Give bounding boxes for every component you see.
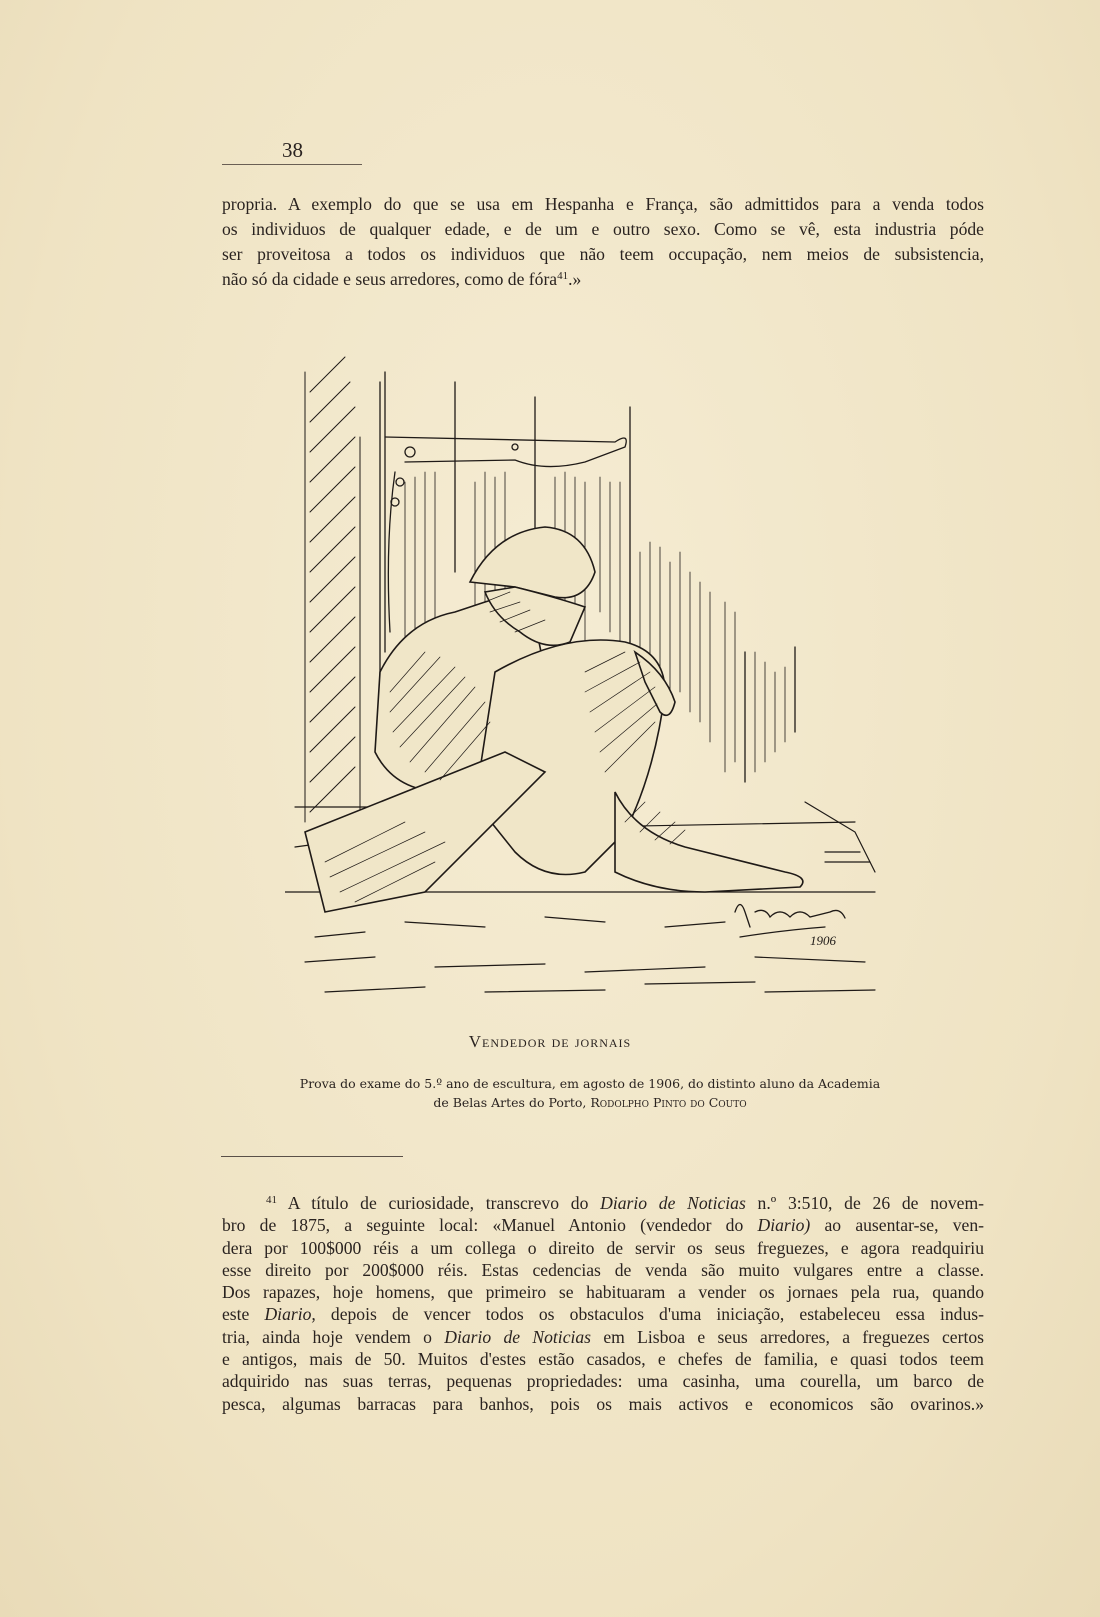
footnote-line: 41 A título de curiosidade, transcrevo d… [222,1192,984,1214]
footnote-text: ao ausentar-se, ven- [810,1215,984,1235]
caption-line-2-prefix: de Belas Artes do Porto, [433,1095,590,1110]
body-paragraph: propria. A exemplo do que se usa em Hesp… [222,192,984,292]
footnote-line: dera por 100$000 réis a um collega o dir… [222,1237,984,1259]
footnote-text: e antigos, mais de 50. Muitos d'estes es… [222,1349,984,1369]
footnote-text: A título de curiosidade, transcrevo do [277,1193,600,1213]
footnote-text: tria, ainda hoje vendem o [222,1327,444,1347]
artist-name: Rodolpho Pinto do Couto [590,1095,746,1110]
illustration-newspaper-boy: 1906 [285,352,885,1002]
footnote-line: esse direito por 200$000 réis. Estas ced… [222,1259,984,1281]
caption-description: Prova do exame do 5.º ano de escultura, … [290,1074,890,1112]
footnote-line: Dos rapazes, hoje homens, que primeiro s… [222,1281,984,1303]
body-line: ser proveitosa a todos os individuos que… [222,242,984,267]
svg-text:1906: 1906 [810,933,837,948]
footnote-line: tria, ainda hoje vendem o Diario de Noti… [222,1326,984,1348]
italic-title: Diario) [758,1215,811,1235]
footnote-41: 41 A título de curiosidade, transcrevo d… [222,1192,984,1415]
newspaper-boy-drawing-icon: 1906 [285,352,885,1002]
page-number: 38 [282,138,303,163]
italic-title: Diario de Noticias [600,1193,746,1213]
footnote-number: 41 [266,1194,277,1206]
footnote-text: dera por 100$000 réis a um collega o dir… [222,1238,984,1258]
caption-line-1: Prova do exame do 5.º ano de escultura, … [290,1074,890,1093]
footnote-reference[interactable]: 41 [557,270,568,282]
body-line-text: não só da cidade e seus arredores, como … [222,269,557,289]
footnote-line: pesca, algumas barracas para banhos, poi… [222,1393,984,1415]
footnote-text: este [222,1304,264,1324]
footnote-line: adquirido nas suas terras, pequenas prop… [222,1370,984,1392]
footnote-text: depois de vencer todos os obstaculos d'u… [316,1304,984,1324]
footnote-text: bro de 1875, a seguinte local: «Manuel A… [222,1215,758,1235]
italic-title: Diario de Noticias [444,1327,591,1347]
footnote-text: adquirido nas suas terras, pequenas prop… [222,1371,984,1391]
body-line-last: não só da cidade e seus arredores, como … [222,267,984,292]
footnote-rule [221,1156,403,1157]
body-line: propria. A exemplo do que se usa em Hesp… [222,192,984,217]
footnote-line: e antigos, mais de 50. Muitos d'estes es… [222,1348,984,1370]
body-line: os individuos de qualquer edade, e de um… [222,217,984,242]
footnote-text: esse direito por 200$000 réis. Estas ced… [222,1260,984,1280]
header-rule [222,164,362,165]
closing-quote: .» [568,269,581,289]
footnote-text: n.º 3:510, de 26 de novem- [746,1193,984,1213]
caption-line-2: de Belas Artes do Porto, Rodolpho Pinto … [290,1093,890,1112]
caption-title: Vendedor de jornais [0,1032,1100,1052]
italic-title: Diario, [264,1304,315,1324]
footnote-text: Dos rapazes, hoje homens, que primeiro s… [222,1282,984,1302]
footnote-text: em Lisboa e seus arredores, a freguezes … [591,1327,984,1347]
footnote-line: bro de 1875, a seguinte local: «Manuel A… [222,1214,984,1236]
footnote-line: este Diario, depois de vencer todos os o… [222,1303,984,1325]
footnote-text: pesca, algumas barracas para banhos, poi… [222,1394,984,1414]
